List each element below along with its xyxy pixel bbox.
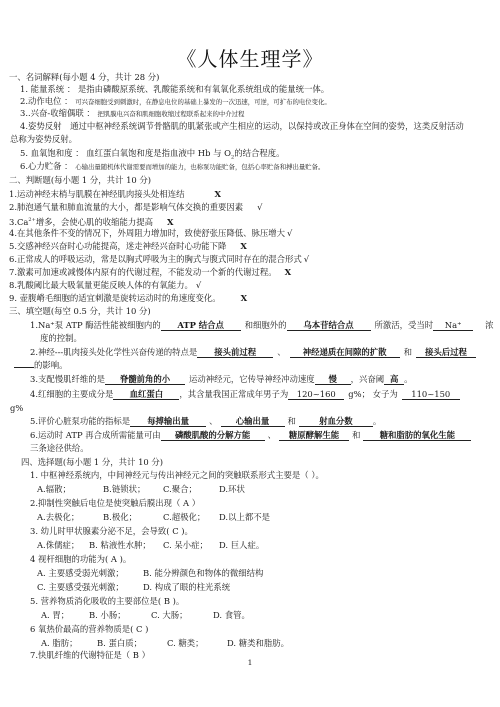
option-a: A. 主要感受弱光刺激； [37,568,143,579]
judgment-item-5: 5.交感神经兴奋时心功能提高，迷走神经兴奋时心功能下降X [9,241,247,252]
option-b: B. 蛋白质； [97,638,167,649]
text: 所激活，受当时 [375,320,434,330]
blank-answer: 110~150 [402,389,460,400]
option-d: D.环状 [219,484,245,495]
fill-blank-4: 4.红细胞的主要成分是血红蛋白，其含量我国正常成年男子为120~160g%； 女… [30,389,460,400]
option-a: A. 胃； [41,610,89,621]
statement-pre: 3.Ca [9,217,28,227]
text: 和细胞外的 [245,320,287,330]
text: 2.神经---肌肉接头处化学性兴奋传递的特点是 [30,347,197,357]
text: 运动神经元，它传导神经冲动速度 [189,374,315,384]
text: 、 [268,430,276,440]
blank-answer: 射血分数 [299,416,373,427]
term: 3..兴奋-收缩偶联 ： [20,108,95,118]
statement: 1.运动神经末梢与肌膜在神经肌肉接头处相连结 [9,189,185,199]
text: ，兴奋阈 [351,374,385,384]
fill-blank-6: 6.运动时 ATP 再合成所需能量可由磷酸肌酸的分解方能、糖原酵解生能和糖和脂肪… [30,430,471,441]
option-d: D. 构成了眼的柱光系统 [143,582,230,593]
answer-mark: √ [196,280,201,290]
answer-mark: X [241,293,248,304]
text: 5.评价心脏泵功能的指标是 [30,416,130,426]
judgment-item-6: 6.正常成人的呼吸运动，常是以胸式呼吸为主的胸式与腹式同时存在的混合形式√ [9,254,309,265]
option-d: D. 糖类和脂肪。 [227,638,289,649]
text: 、 [209,416,217,426]
term: 6.心力贮备 ： [20,161,73,171]
statement: 2.肺泡通气量和肺血流量的大小，都是影响气体交换的重要因素 [9,202,243,212]
choice-options-4b: C. 主要感受强光刺激；D. 构成了眼的柱光系统 [37,582,230,593]
answer-mark: √ [287,228,292,238]
fill-blank-6-continuation: 三条途径供给。 [30,443,89,454]
choice-question-5: 5. 营养物质消化吸收的主要部位是( B )。 [30,596,184,607]
blank-answer: 慢 [315,374,351,385]
option-a: A. 脂肪； [41,638,97,649]
answer-mark: X [285,267,292,278]
judgment-item-2: 2.肺泡通气量和肺血流量的大小，都是影响气体交换的重要因素√ [9,202,262,213]
definition: 可兴奋细胞受到刺激时，在静息电位的基础上暴发的一次迅速，可逆，可扩布的电位变化。 [75,98,331,106]
statement: 7.激素可加速或减慢体内原有的代谢过程，不能发动一个新的代谢过程。 [9,267,277,277]
choice-options-2: A.去极化；B.极化；C.超极化；D.以上都不是 [37,512,270,523]
blank-answer: 120~160 [288,389,344,400]
text: 1.Na⁺泵 ATP 酶活性能被细胞内的 [30,320,161,330]
document-page: 《人体生理学》 一、名词解释(每小题 4 分，共计 28 分) 1. 能量系统 … [0,0,500,707]
statement: 6.正常成人的呼吸运动，常是以胸式呼吸为主的胸式与腹式同时存在的混合形式 [9,254,302,264]
text: 3.支配慢肌纤维的是 [30,374,105,384]
choice-options-3: A.侏儒症；B. 粘液性水肿；C. 呆小症；D. 巨人症。 [37,540,264,551]
blank-answer: 乌本苷结合点 [287,320,371,331]
answer-mark: √ [304,254,309,264]
section1-heading: 一、名词解释(每小题 4 分，共计 28 分) [9,72,159,83]
choice-question-6: 6 氧热价最高的营养物质是( C ) [30,624,148,635]
statement: 9. 壶腹嵴毛细胞的适宜刺激是旋转运动时的角速度变化。 [9,293,221,303]
fill-blank-2: 2.神经---肌肉接头处化学性兴奋传递的特点是接头前过程、神经递质在间隙的扩散和… [30,347,476,358]
option-b: B.链锁状； [103,484,163,495]
statement: 5.交感神经兴奋时心功能提高，迷走神经兴奋时心功能下降 [9,241,226,251]
blank-answer: 糖和脂肪的氧化生能 [363,430,471,441]
section4-heading: 四、选择题(每小题 1 分，共计 10 分) [21,457,163,468]
judgment-item-4: 4.在其他条件不变的情况下，外周阻力增加时，致使舒张压降低、脉压增大√ [9,228,292,239]
term: 4.姿势反射 [20,121,62,131]
option-c: C. 大肠； [151,610,213,621]
text: 、 [277,347,285,357]
choice-question-3: 3. 幼儿时甲状腺素分泌不足，会导致( C )。 [30,526,193,537]
choice-question-4: 4 视杆细胞的功能为( A )。 [30,554,131,565]
superscript: 2+ [28,217,35,223]
statement: 8.乳酸阈比最大吸氧量更能反映人体的有氧能力。 [9,280,193,290]
blank-answer: 高 [384,374,404,385]
option-b: B. 粘液性水肿； [89,540,163,551]
option-c: C. 呆小症； [163,540,219,551]
option-b: B. 能分辨颜色和物体的微细结构 [143,568,263,579]
blank-answer: 神经递质在间隙的扩散 [290,347,400,358]
text: 和 [404,347,412,357]
term: 5. 血氧饱和度 ： [20,148,84,158]
section2-heading: 二、判断题(每小题 1 分，共计 10 分) [9,175,151,186]
choice-options-1: A.辐散；B.链锁状；C.聚合；D.环状 [37,484,245,495]
choice-question-2: 2.抑制性突触后电位是使突触后膜出现（ A ） [30,498,200,509]
fill-blank-5: 5.评价心脏泵功能的指标是每搏输出量、心输出量和射血分数。 [30,416,381,427]
definition: 把肌膜电兴奋和肌细胞收缩过程联系起来的中介过程 [97,110,244,118]
text: 。 [373,416,381,426]
option-a: A.侏儒症； [37,540,89,551]
fill-blank-2-continuation: 的影响。 [14,360,68,371]
option-c: C.聚合； [163,484,219,495]
choice-options-6: A. 脂肪；B. 蛋白质；C. 糖类；D. 糖类和脂肪。 [41,638,289,649]
judgment-item-7: 7.激素可加速或减慢体内原有的代谢过程，不能发动一个新的代谢过程。X [9,267,291,278]
definition-pre: 血红蛋白氧饱和度是指血液中 Hb 与 O [86,148,231,158]
option-b: B.极化； [103,512,163,523]
page-number: 1 [0,658,500,667]
document-title: 《人体生理学》 [0,43,500,72]
blank-answer: ATP 结合点 [161,320,241,331]
judgment-item-3: 3.Ca2+增多，会使心肌的收缩能力提高X [9,215,174,228]
blank-answer: 脊髓前角的小 [105,374,185,385]
text: 和 [352,430,360,440]
definition-item-4-continuation: 总称为姿势反射。 [10,134,77,145]
answer-mark: X [240,241,247,252]
option-c: C. 糖类； [167,638,227,649]
statement: 4.在其他条件不变的情况下，外周阻力增加时，致使舒张压降低、脉压增大 [9,228,285,238]
blank-answer: 接头后过程 [416,347,476,358]
option-d: D. 巨人症。 [219,540,264,551]
definition: 心输出量随机体代谢需要而增加的能力，也称泵功能贮备，包括心率贮备和搏出量贮备。 [75,163,324,171]
definition: 通过中枢神经系统调节骨骼肌的肌紧张或产生相应的运动，以保持或改正身体在空间的姿势… [70,121,464,131]
statement-post: 增多，会使心肌的收缩能力提高 [36,217,153,227]
blank-answer: Na⁺ [433,320,473,331]
option-d: D. 食管。 [213,610,250,621]
definition-post: 的结合程度。 [234,148,284,158]
option-a: A.辐散； [37,484,103,495]
section3-heading: 三、填空题(每空 0.5 分，共计 10 分) [9,306,151,317]
text: 6.运动时 ATP 再合成所需能量可由 [30,430,161,440]
text: ，其含量我国正常成年男子为 [179,389,288,399]
option-c: C. 主要感受强光刺激； [37,582,143,593]
definition-item-3: 3..兴奋-收缩偶联 ： 把肌膜电兴奋和肌细胞收缩过程联系起来的中介过程 [20,108,244,120]
text: 浓 [485,320,493,330]
option-d: D.以上都不是 [219,512,270,523]
definition: 是指由磷酸原系统、乳酸能系统和有氧氧化系统组成的能量统一体。 [78,84,329,94]
definition-item-2: 2.动作电位 ： 可兴奋细胞受到刺激时，在静息电位的基础上暴发的一次迅速，可逆，… [20,96,331,108]
blank-answer: 糖原酵解生能 [279,430,349,441]
choice-options-4a: A. 主要感受弱光刺激；B. 能分辨颜色和物体的微细结构 [37,568,263,579]
judgment-item-8: 8.乳酸阈比最大吸氧量更能反映人体的有氧能力。√ [9,280,201,291]
option-c: C.超极化； [163,512,219,523]
choice-options-5: A. 胃；B. 小肠；C. 大肠；D. 食管。 [41,610,250,621]
text: 4.红细胞的主要成分是 [30,389,113,399]
text: g%； 女子为 [348,389,397,399]
answer-mark: X [167,217,174,228]
judgment-item-9: 9. 壶腹嵴毛细胞的适宜刺激是旋转运动时的角速度变化。X [9,293,247,304]
definition-item-4: 4.姿势反射 通过中枢神经系统调节骨骼肌的肌紧张或产生相应的运动，以保持或改正身… [20,121,464,132]
text: 的影响。 [34,360,68,370]
blank-answer: 血红蛋白 [113,389,179,400]
blank-answer: 磷酸肌酸的分解方能 [161,430,265,441]
fill-blank-4-continuation: g% [10,403,23,414]
answer-mark: √ [257,202,262,213]
blank-line [14,367,34,368]
option-a: A.去极化； [37,512,103,523]
option-b: B. 小肠； [89,610,151,621]
term: 2.动作电位 ： [20,96,73,106]
blank-answer: 接头前过程 [197,347,273,358]
definition-item-6: 6.心力贮备 ： 心输出量随机体代谢需要而增加的能力，也称泵功能贮备，包括心率贮… [20,161,324,173]
judgment-item-1: 1.运动神经末梢与肌膜在神经肌肉接头处相连结X [9,189,221,200]
text: 。 [404,374,412,384]
choice-question-1: 1. 中枢神经系统内，中间神经元与传出神经元之间的突触联系形式主要是（ ）。 [30,470,324,481]
term: 1. 能量系统 ： [20,84,75,94]
fill-blank-1-continuation: 度的控制。 [40,333,82,344]
text: 和 [288,416,296,426]
blank-answer: 每搏输出量 [130,416,206,427]
definition-item-1: 1. 能量系统 ： 是指由磷酸原系统、乳酸能系统和有氧氧化系统组成的能量统一体。 [20,84,329,95]
answer-mark: X [215,189,222,200]
fill-blank-1: 1.Na⁺泵 ATP 酶活性能被细胞内的ATP 结合点和细胞外的乌本苷结合点所激… [30,320,494,331]
fill-blank-3: 3.支配慢肌纤维的是脊髓前角的小运动神经元，它传导神经冲动速度慢，兴奋阈高。 [30,374,413,385]
blank-answer: 心输出量 [221,416,285,427]
